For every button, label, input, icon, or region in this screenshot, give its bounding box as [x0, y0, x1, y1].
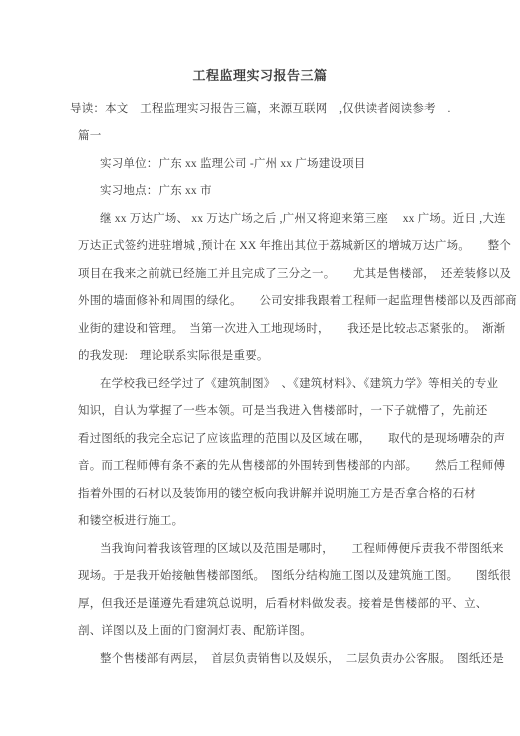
document-body: 导读：本文 工程监理实习报告三篇，来源互联网 ,仅供读者阅读参考 .篇一实习单位…	[0, 94, 520, 672]
text-line: 外围的墙面修补和周围的绿化。 公司安排我跟着工程师一起监理售楼部以及西部商	[0, 287, 520, 315]
text-line: 指着外围的石材以及装饰用的镂空板向我讲解并说明施工方是否拿合格的石材	[0, 479, 520, 507]
text-line: 的我发现: 理论联系实际很是重要。	[0, 342, 520, 370]
text-line: 项目在我来之前就已经施工并且完成了三分之一。 尤其是售楼部， 还差装修以及	[0, 259, 520, 287]
text-line: 实习地点：广东 xx 市	[0, 177, 520, 205]
text-line: 业街的建设和管理。 当第一次进入工地现场时， 我还是比较忐忑紧张的。 渐渐	[0, 314, 520, 342]
text-line: 和镂空板进行施工。	[0, 507, 520, 535]
text-line: 厚，但我还是谨遵先看建筑总说明，后看材料做发表。接着是售楼部的平、立、	[0, 589, 520, 617]
text-line: 看过图纸的我完全忘记了应该监理的范围以及区域在哪， 取代的是现场嘈杂的声	[0, 424, 520, 452]
text-line: 当我询问着我该管理的区域以及范围是哪时， 工程师傅便斥责我不带图纸来	[0, 534, 520, 562]
text-line: 万达正式签约进驻增城 ,预计在 XX 年推出其位于荔城新区的增城万达广场。 整个	[0, 232, 520, 260]
text-line: 导读：本文 工程监理实习报告三篇，来源互联网 ,仅供读者阅读参考 .	[0, 94, 520, 122]
text-line: 剖、详图以及上面的门窗洞灯表、配筋详图。	[0, 617, 520, 645]
text-line: 在学校我已经学过了《建筑制图》 、《建筑材料》、《建筑力学》等相关的专业	[0, 369, 520, 397]
text-line: 音。而工程师傅有条不紊的先从售楼部的外围转到售楼部的内部。 然后工程师傅	[0, 452, 520, 480]
text-line: 篇一	[0, 122, 520, 150]
text-line: 整个售楼部有两层， 首层负责销售以及娱乐， 二层负责办公客服。 图纸还是	[0, 644, 520, 672]
document-page: 工程监理实习报告三篇 导读：本文 工程监理实习报告三篇，来源互联网 ,仅供读者阅…	[0, 0, 520, 736]
text-line: 现场。于是我开始接触售楼部图纸。 图纸分结构施工图以及建筑施工图。 图纸很	[0, 562, 520, 590]
text-line: 继 xx 万达广场、 xx 万达广场之后 ,广州又将迎来第三座 xx 广场。近日…	[0, 204, 520, 232]
text-line: 实习单位：广东 xx 监理公司 -广州 xx 广场建设项目	[0, 149, 520, 177]
document-title: 工程监理实习报告三篇	[0, 0, 520, 86]
text-line: 知识，自认为掌握了一些本领。可是当我进入售楼部时，一下子就懵了，先前还	[0, 397, 520, 425]
